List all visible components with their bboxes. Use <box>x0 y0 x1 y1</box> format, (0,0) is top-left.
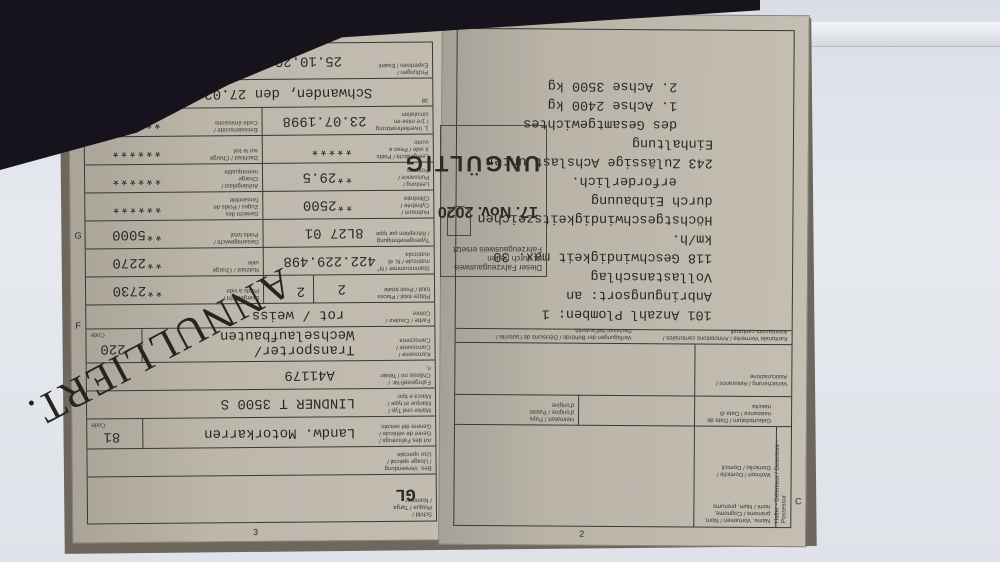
inspections-label: Prüfungen / Expertises / Esami <box>374 61 428 75</box>
displacement-label: Hubraum / Cylindrée / Cilindrata <box>375 194 429 215</box>
total-weight-label: Gesamtgewicht / Poids total <box>209 230 259 244</box>
seats-value: 2 <box>338 280 347 296</box>
holder-domicile-label: Wohnort / Domicile / Domicilio / Domicil <box>701 463 771 477</box>
roof-load-value: ****** <box>111 142 162 158</box>
holder-label: Halter - Détenteur / Detentore - Possess… <box>774 427 789 523</box>
chassis-value: A41179 <box>284 366 335 382</box>
seats-label: Plätze total / Places total / Posti tota… <box>376 285 430 299</box>
make-type-value: LINDNER T 3500 S <box>221 394 356 411</box>
displacement-value: **2500 <box>303 196 354 212</box>
row-vehicle-kind: Art des Fahrzeugs / Genre de véhicule / … <box>87 415 435 449</box>
holder-value-cell <box>454 425 695 527</box>
train-weight-label: Gewicht des Zuges / Poids de l'ensemble <box>208 195 258 216</box>
type-approval-value: 8L27 01 <box>305 224 364 241</box>
payload-value: **2270 <box>112 254 163 270</box>
annotation-line: 101 Anzahl Plomben: 1 <box>456 303 712 324</box>
page-number-right: 2 <box>579 529 584 539</box>
power-value: **29.5 <box>303 168 354 184</box>
row-birthdate: Geburtsdatum / Date de naissance / Data … <box>455 394 791 427</box>
birthdate-label: Geburtsdatum / Date de naissance / Data … <box>701 402 771 423</box>
body-label: Karosserie / Carrosserie / Carrozzeria <box>376 336 430 357</box>
vehicle-kind-value: Landw. Motorkarren <box>204 424 355 441</box>
vehicle-kind-code-cell: Code 81 <box>87 418 143 448</box>
trailer-load-cell: Anhängelast / Charge remorquable ****** <box>85 163 263 193</box>
holder-side-cell: Halter - Détenteur / Detentore - Possess… <box>775 427 791 527</box>
surface-edge <box>800 22 1000 47</box>
annotation-line: 1. Achse 2400 kg <box>457 94 713 115</box>
row-special-use: Bes. Verwendung / Usage spécial / Uso sp… <box>87 445 435 477</box>
coat-of-arms-icon <box>447 206 471 236</box>
empty-weight-value: **2730 <box>113 282 164 298</box>
trailer-load-value: ****** <box>112 170 163 186</box>
holder-name-label: Name, Vornamen / Nom, prénoms / Cognome,… <box>700 502 770 523</box>
right-page: Halter - Détenteur / Detentore - Possess… <box>438 13 810 548</box>
matricule-label: Stammnummer / N° matricule / N. di matri… <box>376 250 430 271</box>
train-weight-value: ****** <box>112 198 163 214</box>
invalidation-stamp: Dieser Fahrzeugausweis ist durch neuen F… <box>440 125 547 277</box>
first-registration-label: 1. Inverkehrsetzung / 1re mise en circul… <box>374 110 428 131</box>
total-weight-cell: Gesamtgewicht / Poids total **5000 <box>85 219 263 249</box>
matricule-value: 422.229.498 <box>283 252 376 269</box>
origin-cell: Heimatort / Pays d'origine / Paese d'ori… <box>508 394 579 424</box>
trailer-load-label: Anhängelast / Charge remorquable <box>208 167 258 188</box>
birthdate-value-cell <box>578 395 695 426</box>
roof-load-label: Dachlast / Charge sur le toit <box>208 146 258 160</box>
empty-weight-stars: ***** <box>311 140 353 156</box>
section-letter-c: C <box>795 496 802 506</box>
stamp-word: UNGÜLTIG <box>403 150 540 176</box>
total-weight-value: **5000 <box>112 226 163 242</box>
vehicle-kind-label: Art des Fahrzeugs / Genre de véhicule / … <box>377 422 431 443</box>
code-label: Code <box>91 420 105 427</box>
chassis-label: Fahrgestell-Nr. / Châssis no / Telaio n. <box>377 364 431 385</box>
stamp-caption: Dieser Fahrzeugausweis ist durch neuen F… <box>446 245 542 272</box>
row-make-type: Marke und Typ / Marque et type / Marca e… <box>87 387 435 419</box>
section-letter-g: G <box>75 231 82 241</box>
row-insurance: Versicherung / Assurance / Assicurazione <box>455 342 791 397</box>
payload-cell: Nutzlast / Charge utile **2270 <box>86 247 264 277</box>
first-registration-value: 23.07.1998 <box>282 112 366 129</box>
plate-value: GL <box>395 484 416 503</box>
row-power: Leistung / Puissance / Potenza **29.5 An… <box>85 161 433 193</box>
row-holder-name: Halter - Détenteur / Detentore - Possess… <box>454 425 791 527</box>
row-plate: Schild / Plaque / Targa / Nummer GL <box>88 474 436 523</box>
row-displacement: Hubraum / Cylindrée / Cilindrata **2500 … <box>85 189 433 221</box>
right-page-frame: Halter - Détenteur / Detentore - Possess… <box>453 28 794 528</box>
row-type-approval: Typengenehmigung / Réception par type 8L… <box>85 217 433 249</box>
vehicle-kind-code: 81 <box>103 428 120 444</box>
origin-label: Heimatort / Pays d'origine / Paese d'ori… <box>514 400 574 421</box>
train-weight-cell: Gewicht des Zuges / Poids de l'ensemble … <box>85 191 263 221</box>
special-use-label: Bes. Verwendung / Usage spécial / Uso sp… <box>381 450 431 471</box>
type-approval-label: Typengenehmigung / Réception par type <box>376 229 430 243</box>
row-empty-weight: Leergewicht / Poids à vide / Peso a vuot… <box>85 133 433 165</box>
annotation-line: 2. Achse 3500 kg <box>457 75 713 96</box>
issued-code: 38 <box>398 96 428 103</box>
color-label: Farbe / Couleur / Colore <box>376 309 430 323</box>
insurance-label: Versicherung / Assurance / Assicurazione <box>707 372 787 387</box>
code-label: Code <box>90 330 104 337</box>
insurance-value-cell <box>455 342 695 396</box>
emission-label: Emissionscode / Code émissions <box>208 118 258 132</box>
section-letter-f: F <box>75 321 81 331</box>
page-number-left: 3 <box>253 527 258 537</box>
make-type-label: Marke und Typ / Marque et type / Marca e… <box>377 392 431 413</box>
